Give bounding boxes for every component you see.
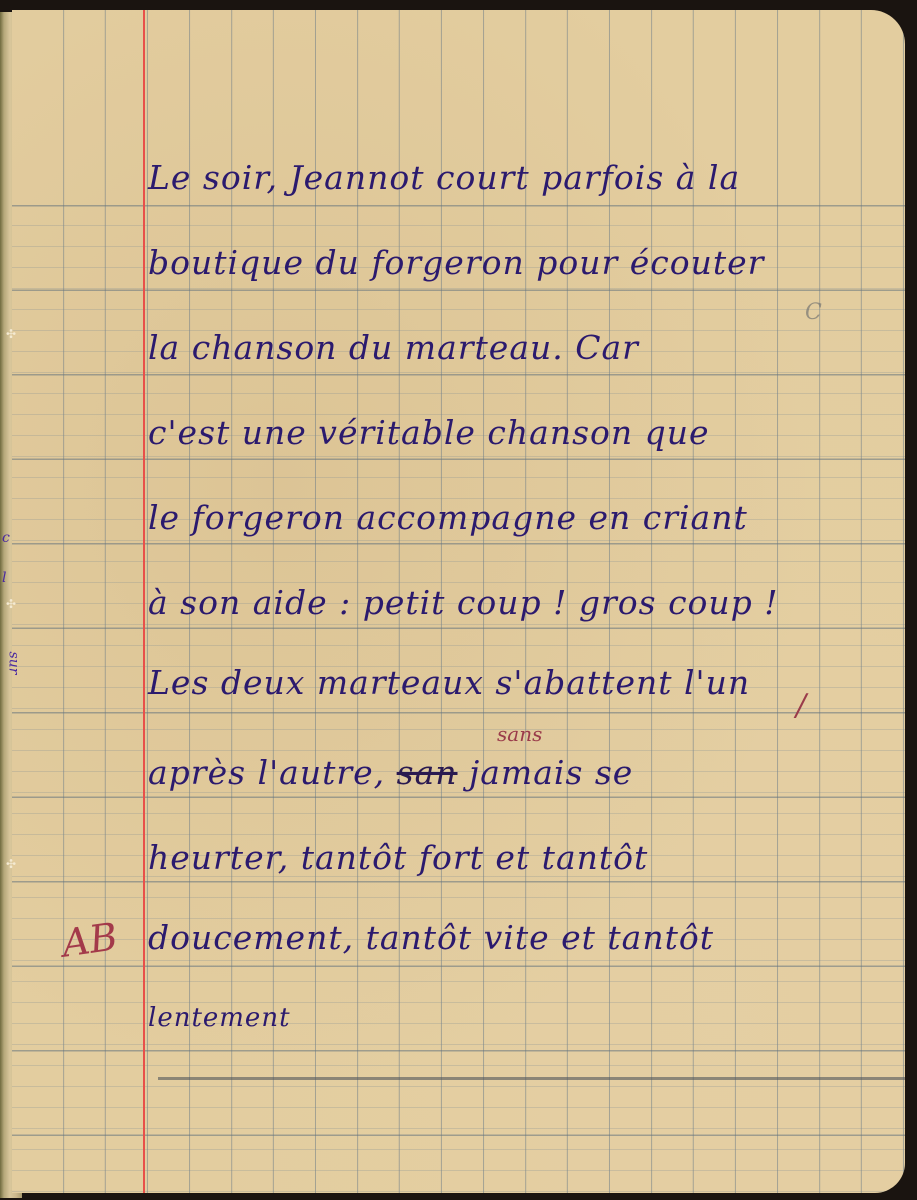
struck-word: san — [397, 753, 458, 792]
spine-ink-mark: l — [2, 570, 6, 586]
teacher-correction-sans: sans — [497, 722, 542, 746]
binding-stitch-icon: ✣ — [6, 598, 20, 610]
spine-ink-mark: c — [2, 530, 10, 546]
text-line-8-after: jamais se — [469, 753, 633, 792]
end-of-text-rule — [158, 1077, 905, 1080]
teacher-correction-mark: / — [796, 688, 806, 723]
text-line-7: Les deux marteaux s'abattent l'un — [148, 663, 908, 702]
text-line-1: Le soir, Jeannot court parfois à la — [148, 158, 908, 197]
text-line-5: le forgeron accompagne en criant — [148, 498, 908, 537]
red-margin-line — [143, 10, 145, 1193]
text-line-4: c'est une véritable chanson que — [148, 413, 908, 452]
text-line-6: à son aide : petit coup ! gros coup ! — [148, 583, 908, 622]
text-line-9: heurter, tantôt fort et tantôt — [148, 838, 908, 877]
text-line-8: après l'autre, san jamais se — [148, 753, 908, 792]
binding-stitch-icon: ✣ — [6, 858, 20, 870]
teacher-grade: AB — [59, 914, 120, 965]
text-line-2: boutique du forgeron pour écouter — [148, 243, 908, 282]
text-line-8-before: après l'autre, — [148, 753, 385, 792]
spine-ink-mark: sur — [5, 652, 21, 675]
pencil-annotation: C — [805, 300, 822, 325]
binding-stitch-icon: ✣ — [6, 328, 20, 340]
text-line-11: lentement — [148, 1003, 908, 1033]
text-line-10: doucement, tantôt vite et tantôt — [148, 918, 908, 957]
text-line-3: la chanson du marteau. Car — [148, 328, 908, 367]
